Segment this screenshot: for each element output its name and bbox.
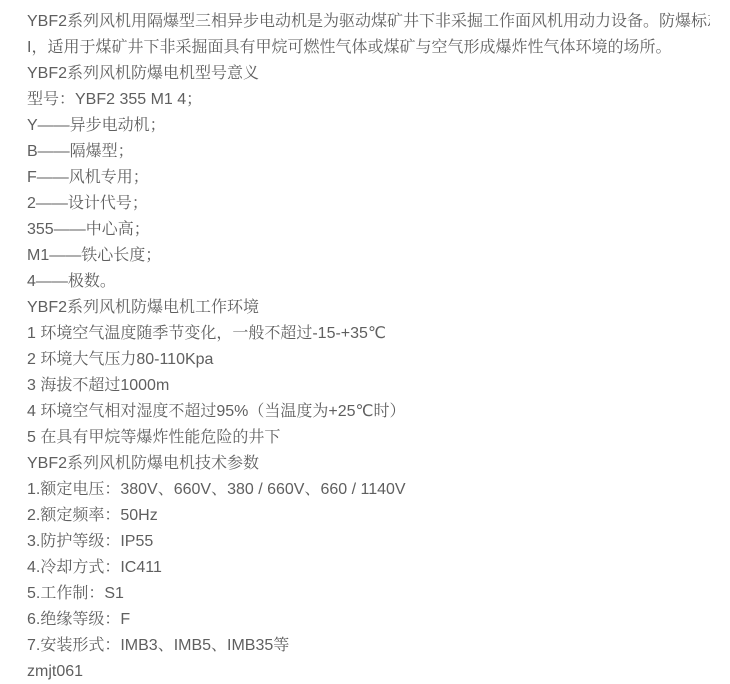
model-item: Y——异步电动机； xyxy=(27,113,710,139)
parameter-item: 3.防护等级：IP55 xyxy=(27,529,710,555)
model-item: 4——极数。 xyxy=(27,269,710,295)
parameter-item: 5.工作制：S1 xyxy=(27,581,710,607)
intro-paragraph-line-1: YBF2系列风机用隔爆型三相异步电动机是为驱动煤矿井下非采掘工作面风机用动力设备… xyxy=(27,9,710,35)
parameter-item: 2.额定频率：50Hz xyxy=(27,503,710,529)
parameter-item: 7.安装形式：IMB3、IMB5、IMB35等 xyxy=(27,633,710,659)
model-item: B——隔爆型； xyxy=(27,139,710,165)
model-item: M1——铁心长度； xyxy=(27,243,710,269)
model-item: F——风机专用； xyxy=(27,165,710,191)
environment-item: 1 环境空气温度随季节变化，一般不超过-15-+35℃ xyxy=(27,321,710,347)
model-item: 型号：YBF2 355 M1 4； xyxy=(27,87,710,113)
environment-item: 4 环境空气相对湿度不超过95%（当温度为+25℃时） xyxy=(27,399,710,425)
environment-item: 5 在具有甲烷等爆炸性能危险的井下 xyxy=(27,425,710,451)
intro-paragraph-line-2: I，适用于煤矿井下非采掘面具有甲烷可燃性气体或煤矿与空气形成爆炸性气体环境的场所… xyxy=(27,35,710,61)
model-item: 2——设计代号； xyxy=(27,191,710,217)
model-item: 355——中心高； xyxy=(27,217,710,243)
model-section-title: YBF2系列风机防爆电机型号意义 xyxy=(27,61,710,87)
environment-section-title: YBF2系列风机防爆电机工作环境 xyxy=(27,295,710,321)
parameter-item: 6.绝缘等级：F xyxy=(27,607,710,633)
product-description-document: YBF2系列风机用隔爆型三相异步电动机是为驱动煤矿井下非采掘工作面风机用动力设备… xyxy=(0,0,730,684)
environment-item: 2 环境大气压力80-110Kpa xyxy=(27,347,710,373)
environment-item: 3 海拔不超过1000m xyxy=(27,373,710,399)
parameter-item: 4.冷却方式：IC411 xyxy=(27,555,710,581)
footer-code: zmjt061 xyxy=(27,659,710,684)
parameter-item: 1.额定电压：380V、660V、380 / 660V、660 / 1140V xyxy=(27,477,710,503)
parameters-section-title: YBF2系列风机防爆电机技术参数 xyxy=(27,451,710,477)
